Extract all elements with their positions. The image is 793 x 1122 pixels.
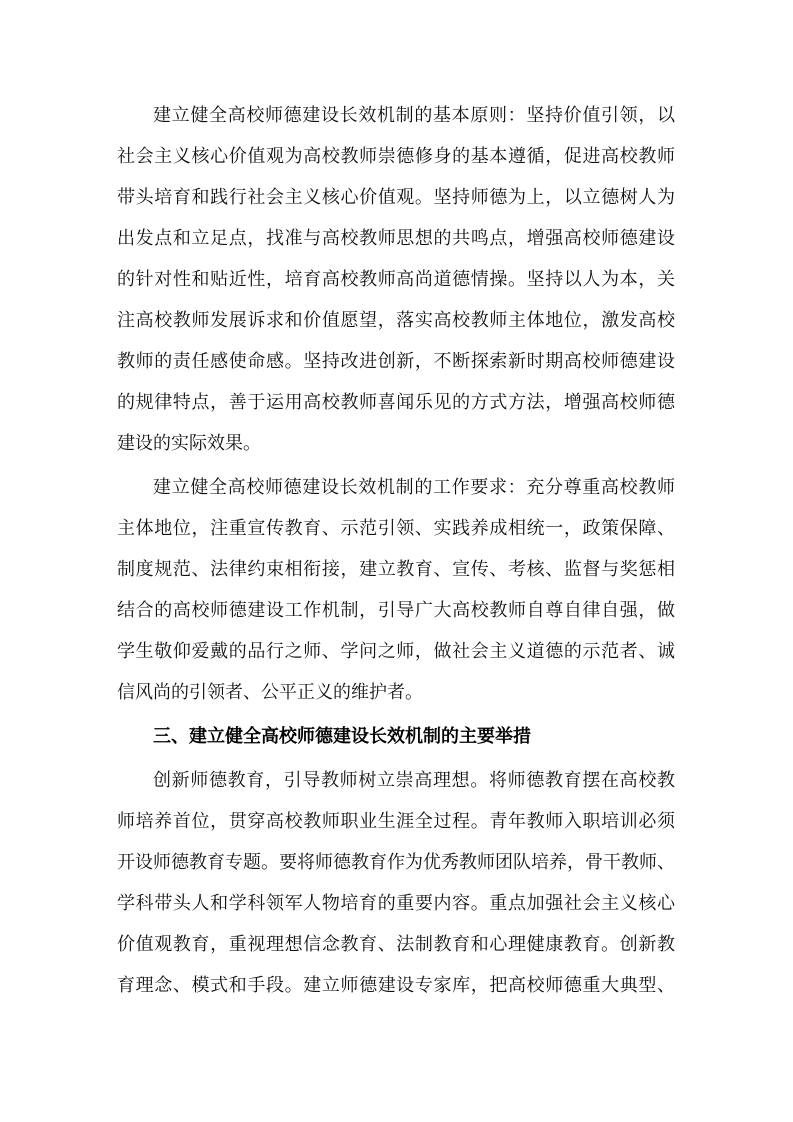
- text-line: 的规律特点，善于运用高校教师喜闻乐见的方式方法，增强高校师德: [117, 382, 675, 423]
- document-content: 建立健全高校师德建设长效机制的基本原则：坚持价值引领，以社会主义核心价值观为高校…: [117, 95, 675, 1006]
- section-heading: 三、建立健全高校师德建设长效机制的主要举措: [117, 716, 675, 757]
- text-line: 结合的高校师德建设工作机制，引导广大高校教师自尊自律自强，做: [117, 590, 675, 631]
- document-page: 建立健全高校师德建设长效机制的基本原则：坚持价值引领，以社会主义核心价值观为高校…: [0, 0, 793, 1122]
- text-line: 社会主义核心价值观为高校教师崇德修身的基本遵循，促进高校教师: [117, 136, 675, 177]
- paragraph: 建立健全高校师德建设长效机制的工作要求：充分尊重高校教师主体地位，注重宣传教育、…: [117, 467, 675, 713]
- text-line: 价值观教育，重视理想信念教育、法制教育和心理健康教育。创新教: [117, 924, 675, 965]
- text-line: 制度规范、法律约束相衔接，建立教育、宣传、考核、监督与奖惩相: [117, 549, 675, 590]
- text-line: 创新师德教育，引导教师树立崇高理想。将师德教育摆在高校教: [117, 760, 675, 801]
- text-line: 主体地位，注重宣传教育、示范引领、实践养成相统一，政策保障、: [117, 508, 675, 549]
- text-line: 教师的责任感使命感。坚持改进创新，不断探索新时期高校师德建设: [117, 341, 675, 382]
- text-line: 建立健全高校师德建设长效机制的工作要求：充分尊重高校教师: [117, 467, 675, 508]
- text-line: 开设师德教育专题。要将师德教育作为优秀教师团队培养，骨干教师、: [117, 842, 675, 883]
- text-line: 学生敬仰爱戴的品行之师、学问之师，做社会主义道德的示范者、诚: [117, 631, 675, 672]
- paragraph: 创新师德教育，引导教师树立崇高理想。将师德教育摆在高校教师培养首位，贯穿高校教师…: [117, 760, 675, 1006]
- text-line: 的针对性和贴近性，培育高校教师高尚道德情操。坚持以人为本，关: [117, 259, 675, 300]
- text-line: 建立健全高校师德建设长效机制的基本原则：坚持价值引领，以: [117, 95, 675, 136]
- heading-line: 三、建立健全高校师德建设长效机制的主要举措: [117, 716, 675, 757]
- text-line: 师培养首位，贯穿高校教师职业生涯全过程。青年教师入职培训必须: [117, 801, 675, 842]
- text-line: 信风尚的引领者、公平正义的维护者。: [117, 672, 675, 713]
- text-line: 学科带头人和学科领军人物培育的重要内容。重点加强社会主义核心: [117, 883, 675, 924]
- text-line: 建设的实际效果。: [117, 423, 675, 464]
- paragraph: 建立健全高校师德建设长效机制的基本原则：坚持价值引领，以社会主义核心价值观为高校…: [117, 95, 675, 464]
- text-line: 育理念、模式和手段。建立师德建设专家库，把高校师德重大典型、: [117, 965, 675, 1006]
- text-line: 出发点和立足点，找准与高校教师思想的共鸣点，增强高校师德建设: [117, 218, 675, 259]
- text-line: 带头培育和践行社会主义核心价值观。坚持师德为上，以立德树人为: [117, 177, 675, 218]
- text-line: 注高校教师发展诉求和价值愿望，落实高校教师主体地位，激发高校: [117, 300, 675, 341]
